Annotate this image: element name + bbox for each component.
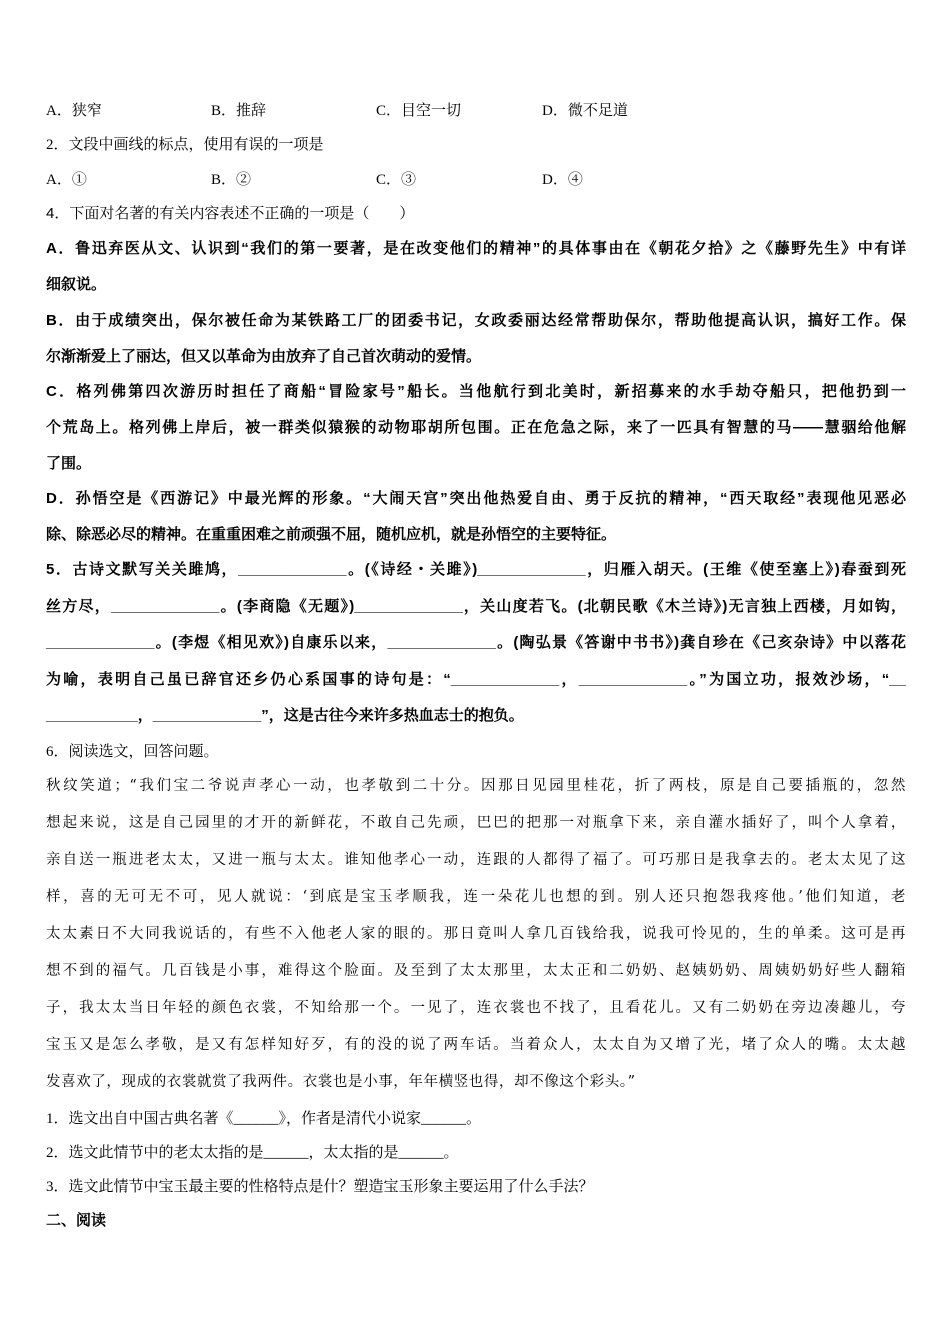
q1-option-d: D．微不足道: [542, 101, 628, 121]
q4-option-a-line1: A．鲁迅弃医从文、认识到“我们的第一要著，是在改变他们的精神”的具体事由在《朝花…: [46, 239, 906, 259]
q5-line1: 5．古诗文默写关关雎鸠，_____________。(《诗经・关雎》)_____…: [46, 560, 906, 580]
q2-option-d: D．④: [542, 170, 583, 190]
q4-option-c-line2: 个荒岛上。格列佛上岸后，被一群类似猿猴的动物耶胡所包围。正在危急之际，来了一匹具…: [46, 418, 906, 438]
q6-passage-line5: 太太素日不大同我说话的，有些不入他老人家的眼的。那日竟叫人拿几百钱给我，说我可怜…: [46, 924, 906, 944]
q6-passage-line4: 样，喜的无可无不可，见人就说：‘到底是宝玉孝顺我，连一朵花儿也想的到。别人还只抱…: [46, 887, 906, 907]
q5-line5: ___________，_____________”，这是古往今来许多热血志士的…: [46, 706, 524, 726]
q2-stem: 2．文段中画线的标点，使用有误的一项是: [46, 135, 324, 155]
q4-option-b-line2: 尔渐渐爱上了丽达，但又以革命为由放弃了自己首次萌动的爱情。: [46, 347, 481, 367]
q4-stem: 4．下面对名著的有关内容表述不正确的一项是（ ）: [46, 204, 414, 224]
q4-option-c-line3: 了围。: [46, 454, 91, 474]
q6-passage-line1: 秋纹笑道；“我们宝二爷说声孝心一动，也孝敬到二十分。因那日见园里桂花，折了两枝，…: [46, 776, 906, 796]
q4-option-b-line1: B．由于成绩突出，保尔被任命为某铁路工厂的团委书记，女政委丽达经常帮助保尔，帮助…: [46, 311, 906, 331]
q1-options-row: A．狭窄 B．推辞 C．目空一切 D．微不足道: [46, 101, 906, 121]
q6-subquestion-2: 2．选文此情节中的老太太指的是______，太太指的是______。: [46, 1143, 459, 1163]
q5-line2: 丝方尽，_____________。(李商隐《无题》)_____________…: [46, 597, 906, 617]
q6-passage-line2: 想起来说，这是自己园里的才开的新鲜花，不敢自己先顽，巴巴的把那一对瓶拿下来，亲自…: [46, 813, 906, 833]
q2-option-a: A．①: [46, 170, 87, 190]
q6-subquestion-3: 3．选文此情节中宝玉最主要的性格特点是什？塑造宝玉形象主要运用了什么手法？: [46, 1177, 594, 1197]
q5-line4: 为喻，表明自己虽已辞官还乡仍心系国事的诗句是：“_____________，__…: [46, 670, 906, 690]
q4-option-c-line1: C．格列佛第四次游历时担任了商船“冒险家号”船长。当他航行到北美时，新招募来的水…: [46, 382, 906, 402]
q6-stem: 6．阅读选文，回答问题。: [46, 742, 219, 762]
q2-options-row: A．① B．② C．③ D．④: [46, 170, 906, 190]
q6-passage-line7: 子，我太太当日年轻的颜色衣裳，不知给那一个。一见了，连衣裳也不找了，且看花儿。又…: [46, 998, 906, 1018]
q2-option-b: B．②: [211, 170, 251, 190]
q1-option-c: C．目空一切: [376, 101, 461, 121]
q2-option-c: C．③: [376, 170, 416, 190]
q6-passage-line8: 宝玉又是怎么孝敬，是又有怎样知好歹，有的没的说了两车话。当着众人，太太自为又增了…: [46, 1035, 906, 1055]
q4-option-d-line1: D．孙悟空是《西游记》中最光辉的形象。“大闹天宫”突出他热爱自由、勇于反抗的精神…: [46, 489, 906, 509]
q1-option-a: A．狭窄: [46, 101, 102, 121]
q4-option-a-line2: 细叙说。: [46, 275, 106, 295]
q6-passage-line9: 发喜欢了，现成的衣裳就赏了我两件。衣裳也是小事，年年横竖也得，却不像这个彩头。”: [46, 1072, 636, 1092]
q6-passage-line3: 亲自送一瓶进老太太，又进一瓶与太太。谁知他孝心一动，连跟的人都得了福了。可巧那日…: [46, 850, 906, 870]
section-heading-reading: 二、阅读: [46, 1211, 106, 1231]
q1-option-b: B．推辞: [211, 101, 266, 121]
q4-option-d-line2: 除、除恶必尽的精神。在重重困难之前顽强不屈，随机应机，就是孙悟空的主要特征。: [46, 525, 616, 545]
q6-subquestion-1: 1．选文出自中国古典名著《______》，作者是清代小说家______。: [46, 1109, 481, 1129]
q6-passage-line6: 想不到的福气。几百钱是小事，难得这个脸面。及至到了太太那里，太太正和二奶奶、赵姨…: [46, 961, 906, 981]
q5-line3: _____________。(李煜《相见欢》)自康乐以来，___________…: [46, 633, 906, 653]
